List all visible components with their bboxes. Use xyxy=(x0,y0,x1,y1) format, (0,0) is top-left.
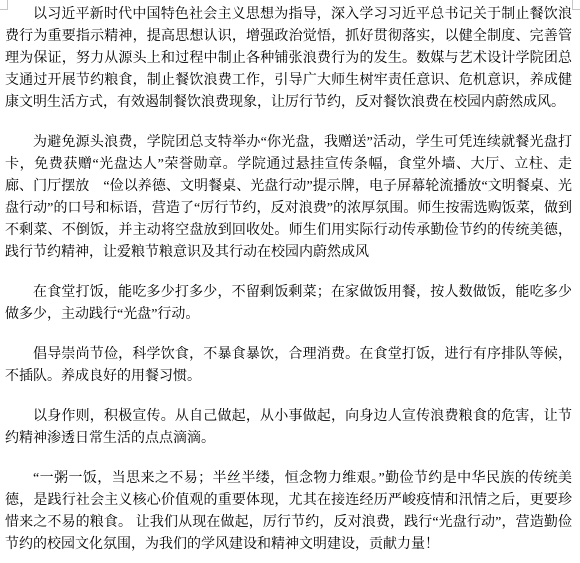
paragraph-thrift-advocacy: 倡导崇尚节俭，科学饮食，不暴食暴饮，合理消费。在食堂打饭，进行有序排队等候，不插… xyxy=(5,344,572,388)
text-boundary-mark-top-right xyxy=(572,0,580,10)
document-page: 以习近平新时代中国特色社会主义思想为指导，深入学习习近平总书记关于制止餐饮浪费行… xyxy=(0,0,580,563)
document-body: 以习近平新时代中国特色社会主义思想为指导，深入学习习近平总书记关于制止餐饮浪费行… xyxy=(5,4,572,556)
paragraph-canteen-practice: 在食堂打饭，能吃多少打多少，不留剩饭剩菜；在家做饭用餐，按人数做饭，能吃多少做多… xyxy=(5,282,572,326)
paragraph-conclusion: “一粥一饭，当思来之不易；半丝半缕，恒念物力维艰。”勤俭节约是中华民族的传统美德… xyxy=(5,468,572,556)
paragraph-campaign-activities: 为避免源头浪费，学院团总支特举办“你光盘，我赠送”活动，学生可凭连续就餐光盘打卡… xyxy=(5,132,572,264)
paragraph-intro-guiding-thought: 以习近平新时代中国特色社会主义思想为指导，深入学习习近平总书记关于制止餐饮浪费行… xyxy=(5,4,572,114)
paragraph-lead-by-example: 以身作则，积极宣传。从自己做起，从小事做起，向身边人宣传浪费粮食的危害，让节约精… xyxy=(5,406,572,450)
